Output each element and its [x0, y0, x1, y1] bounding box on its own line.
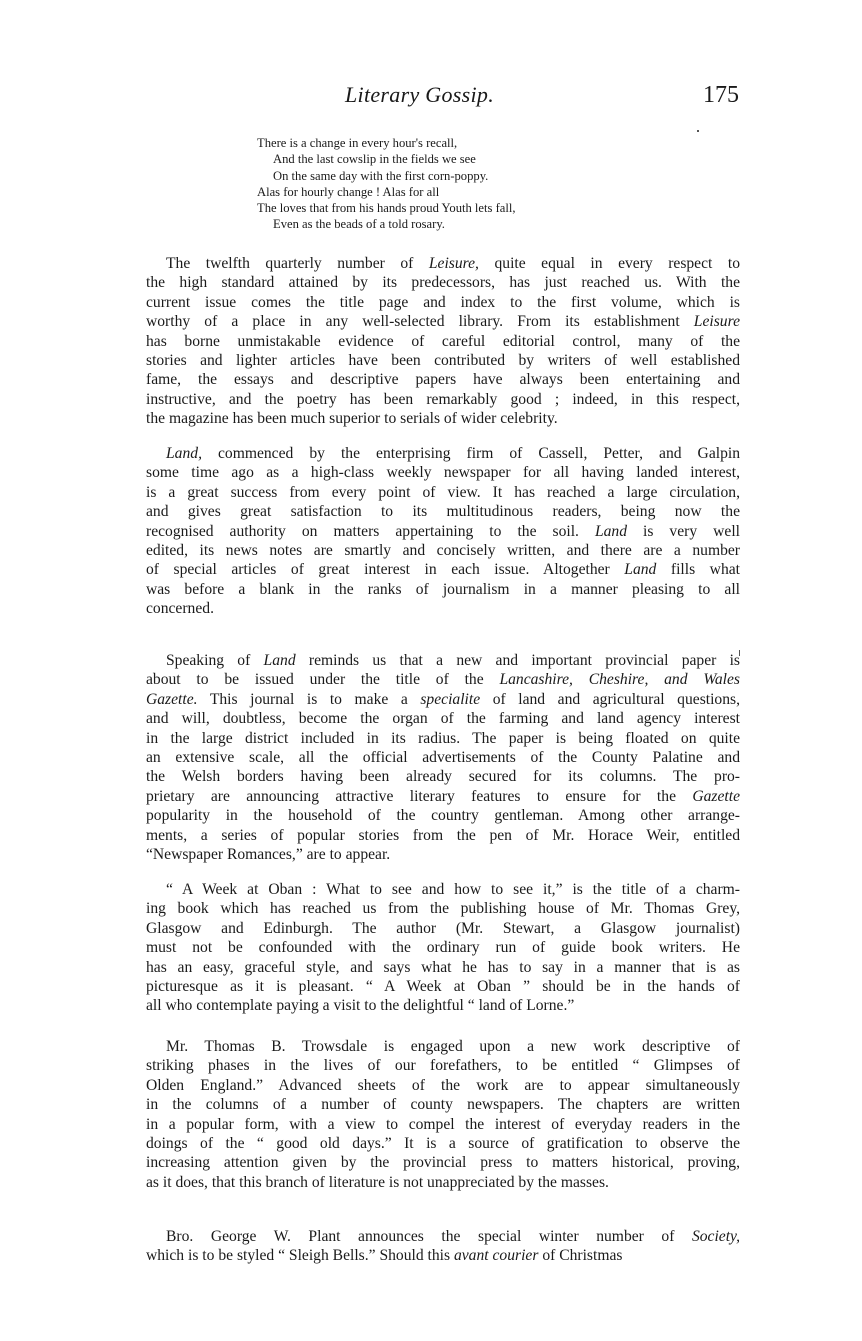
- text-line: has an easy, graceful style, and says wh…: [146, 958, 740, 977]
- italic-text: Land: [624, 561, 656, 578]
- text-line: instructive, and the poetry has been rem…: [146, 390, 740, 409]
- text-run: “Newspaper Romances,” are to appear.: [146, 846, 390, 863]
- text-line: ing book which has reached us from the p…: [146, 899, 740, 918]
- text-run: of special articles of great interest in…: [146, 561, 624, 578]
- text-line: the magazine has been much superior to s…: [146, 409, 740, 428]
- text-run: picturesque as it is pleasant. “ A Week …: [146, 978, 740, 995]
- text-run: in the columns of a number of county new…: [146, 1096, 740, 1113]
- text-run: ing book which has reached us from the p…: [146, 900, 740, 917]
- text-run: increasing attention given by the provin…: [146, 1154, 740, 1171]
- text-run: fills what: [656, 561, 740, 578]
- text-run: concerned.: [146, 600, 214, 617]
- poem-line: On the same day with the first corn-popp…: [257, 168, 516, 184]
- paragraph-leisure: The twelfth quarterly number of Leisure,…: [146, 254, 740, 429]
- poem-epigraph: There is a change in every hour's recall…: [257, 135, 516, 233]
- text-line: Speaking of Land reminds us that a new a…: [146, 651, 740, 670]
- poem-line: The loves that from his hands proud Yout…: [257, 200, 516, 216]
- text-line: “ A Week at Oban : What to see and how t…: [146, 880, 740, 899]
- text-run: the high standard attained by its predec…: [146, 274, 740, 291]
- paragraph-oban: “ A Week at Oban : What to see and how t…: [146, 880, 740, 1016]
- text-run: in the large district included in its ra…: [146, 730, 740, 747]
- text-run: prietary are announcing attractive liter…: [146, 788, 692, 805]
- running-title: Literary Gossip.: [345, 82, 494, 108]
- text-run: quite equal in every respect to: [479, 255, 740, 272]
- text-line: fame, the essays and descriptive papers …: [146, 370, 740, 389]
- text-line: the Welsh borders having been already se…: [146, 767, 740, 786]
- text-line: doings of the “ good old days.” It is a …: [146, 1134, 740, 1153]
- text-run: worthy of a place in any well-selected l…: [146, 313, 694, 330]
- text-line: striking phases in the lives of our fore…: [146, 1056, 740, 1075]
- text-line: was before a blank in the ranks of journ…: [146, 580, 740, 599]
- text-run: reminds us that a new and important prov…: [296, 652, 740, 669]
- text-line: “Newspaper Romances,” are to appear.: [146, 845, 740, 864]
- text-line: about to be issued under the title of th…: [146, 670, 740, 689]
- text-line: Glasgow and Edinburgh. The author (Mr. S…: [146, 919, 740, 938]
- text-line: has borne unmistakable evidence of caref…: [146, 332, 740, 351]
- text-run: Bro. George W. Plant announces the speci…: [166, 1228, 692, 1245]
- text-run: “ A Week at Oban : What to see and how t…: [166, 881, 740, 898]
- text-run: stories and lighter articles have been c…: [146, 352, 740, 369]
- italic-text: Leisure: [694, 313, 740, 330]
- text-run: the magazine has been much superior to s…: [146, 410, 558, 427]
- text-run: of Christmas: [538, 1247, 622, 1264]
- text-run: The twelfth quarterly number of: [166, 255, 429, 272]
- text-line: worthy of a place in any well-selected l…: [146, 312, 740, 331]
- text-line: Mr. Thomas B. Trowsdale is engaged upon …: [146, 1037, 740, 1056]
- paragraph-gazette: Speaking of Land reminds us that a new a…: [146, 651, 740, 864]
- text-line: Bro. George W. Plant announces the speci…: [146, 1227, 740, 1246]
- text-line: an extensive scale, all the official adv…: [146, 748, 740, 767]
- text-line: all who contemplate paying a visit to th…: [146, 996, 740, 1015]
- italic-text: Land: [264, 652, 296, 669]
- italic-text: Gazette: [692, 788, 740, 805]
- text-run: an extensive scale, all the official adv…: [146, 749, 740, 766]
- paragraph-trowsdale: Mr. Thomas B. Trowsdale is engaged upon …: [146, 1037, 740, 1192]
- text-line: picturesque as it is pleasant. “ A Week …: [146, 977, 740, 996]
- text-line: Olden England.” Advanced sheets of the w…: [146, 1076, 740, 1095]
- text-run: striking phases in the lives of our fore…: [146, 1057, 740, 1074]
- text-run: which is to be styled “ Sleigh Bells.” S…: [146, 1247, 454, 1264]
- text-run: and will, doubtless, become the organ of…: [146, 710, 740, 727]
- italic-text: avant courier: [454, 1247, 538, 1264]
- text-run: has an easy, graceful style, and says wh…: [146, 959, 740, 976]
- text-line: popularity in the household of the count…: [146, 806, 740, 825]
- text-line: The twelfth quarterly number of Leisure,…: [146, 254, 740, 273]
- text-run: ments, a series of popular stories from …: [146, 827, 740, 844]
- text-run: about to be issued under the title of th…: [146, 671, 499, 688]
- italic-text: Land,: [166, 445, 202, 462]
- poem-line: Even as the beads of a told rosary.: [257, 216, 516, 232]
- text-run: some time ago as a high-class weekly new…: [146, 464, 740, 481]
- italic-text: Land: [595, 523, 627, 540]
- text-run: of land and agricultural questions,: [480, 691, 740, 708]
- text-run: doings of the “ good old days.” It is a …: [146, 1135, 740, 1152]
- text-line: ments, a series of popular stories from …: [146, 826, 740, 845]
- text-line: prietary are announcing attractive liter…: [146, 787, 740, 806]
- text-line: increasing attention given by the provin…: [146, 1153, 740, 1172]
- text-run: is very well: [627, 523, 740, 540]
- text-run: This journal is to make a: [198, 691, 421, 708]
- text-run: and gives great satisfaction to its mult…: [146, 503, 740, 520]
- text-line: edited, its news notes are smartly and c…: [146, 541, 740, 560]
- text-line: recognised authority on matters appertai…: [146, 522, 740, 541]
- text-line: in the large district included in its ra…: [146, 729, 740, 748]
- text-run: recognised authority on matters appertai…: [146, 523, 595, 540]
- text-line: in a popular form, with a view to compel…: [146, 1115, 740, 1134]
- text-run: the Welsh borders having been already se…: [146, 768, 740, 785]
- paragraph-land: Land, commenced by the enterprising firm…: [146, 444, 740, 619]
- text-run: instructive, and the poetry has been rem…: [146, 391, 740, 408]
- text-run: Mr. Thomas B. Trowsdale is engaged upon …: [166, 1038, 740, 1055]
- text-line: must not be confounded with the ordinary…: [146, 938, 740, 957]
- poem-line: There is a change in every hour's recall…: [257, 135, 516, 151]
- italic-text: Society,: [692, 1228, 740, 1245]
- text-run: has borne unmistakable evidence of caref…: [146, 333, 740, 350]
- text-line: is a great success from every point of v…: [146, 483, 740, 502]
- text-line: as it does, that this branch of literatu…: [146, 1173, 740, 1192]
- italic-text: Lancashire, Cheshire, and Wales: [499, 671, 740, 688]
- poem-line: And the last cowslip in the fields we se…: [257, 151, 516, 167]
- text-run: is a great success from every point of v…: [146, 484, 740, 501]
- text-run: Glasgow and Edinburgh. The author (Mr. S…: [146, 920, 740, 937]
- text-run: as it does, that this branch of literatu…: [146, 1174, 609, 1191]
- italic-text: Leisure,: [429, 255, 479, 272]
- text-line: which is to be styled “ Sleigh Bells.” S…: [146, 1246, 740, 1265]
- text-run: commenced by the enterprising firm of Ca…: [202, 445, 740, 462]
- text-line: current issue comes the title page and i…: [146, 293, 740, 312]
- text-line: Gazette. This journal is to make a speci…: [146, 690, 740, 709]
- print-speck: [697, 130, 699, 132]
- text-line: Land, commenced by the enterprising firm…: [146, 444, 740, 463]
- text-run: Speaking of: [166, 652, 264, 669]
- text-run: current issue comes the title page and i…: [146, 294, 740, 311]
- text-run: in a popular form, with a view to compel…: [146, 1116, 740, 1133]
- text-run: was before a blank in the ranks of journ…: [146, 581, 740, 598]
- text-line: and gives great satisfaction to its mult…: [146, 502, 740, 521]
- text-line: and will, doubtless, become the organ of…: [146, 709, 740, 728]
- poem-line: Alas for hourly change ! Alas for all: [257, 184, 516, 200]
- text-line: stories and lighter articles have been c…: [146, 351, 740, 370]
- text-run: must not be confounded with the ordinary…: [146, 939, 740, 956]
- italic-text: specialite: [420, 691, 480, 708]
- text-run: popularity in the household of the count…: [146, 807, 740, 824]
- page-number: 175: [703, 82, 739, 109]
- text-run: edited, its news notes are smartly and c…: [146, 542, 740, 559]
- text-line: the high standard attained by its predec…: [146, 273, 740, 292]
- text-run: Olden England.” Advanced sheets of the w…: [146, 1077, 740, 1094]
- text-run: all who contemplate paying a visit to th…: [146, 997, 574, 1014]
- text-run: fame, the essays and descriptive papers …: [146, 371, 740, 388]
- text-line: some time ago as a high-class weekly new…: [146, 463, 740, 482]
- paragraph-society: Bro. George W. Plant announces the speci…: [146, 1227, 740, 1266]
- text-line: of special articles of great interest in…: [146, 560, 740, 579]
- italic-text: Gazette.: [146, 691, 198, 708]
- text-line: concerned.: [146, 599, 740, 618]
- text-line: in the columns of a number of county new…: [146, 1095, 740, 1114]
